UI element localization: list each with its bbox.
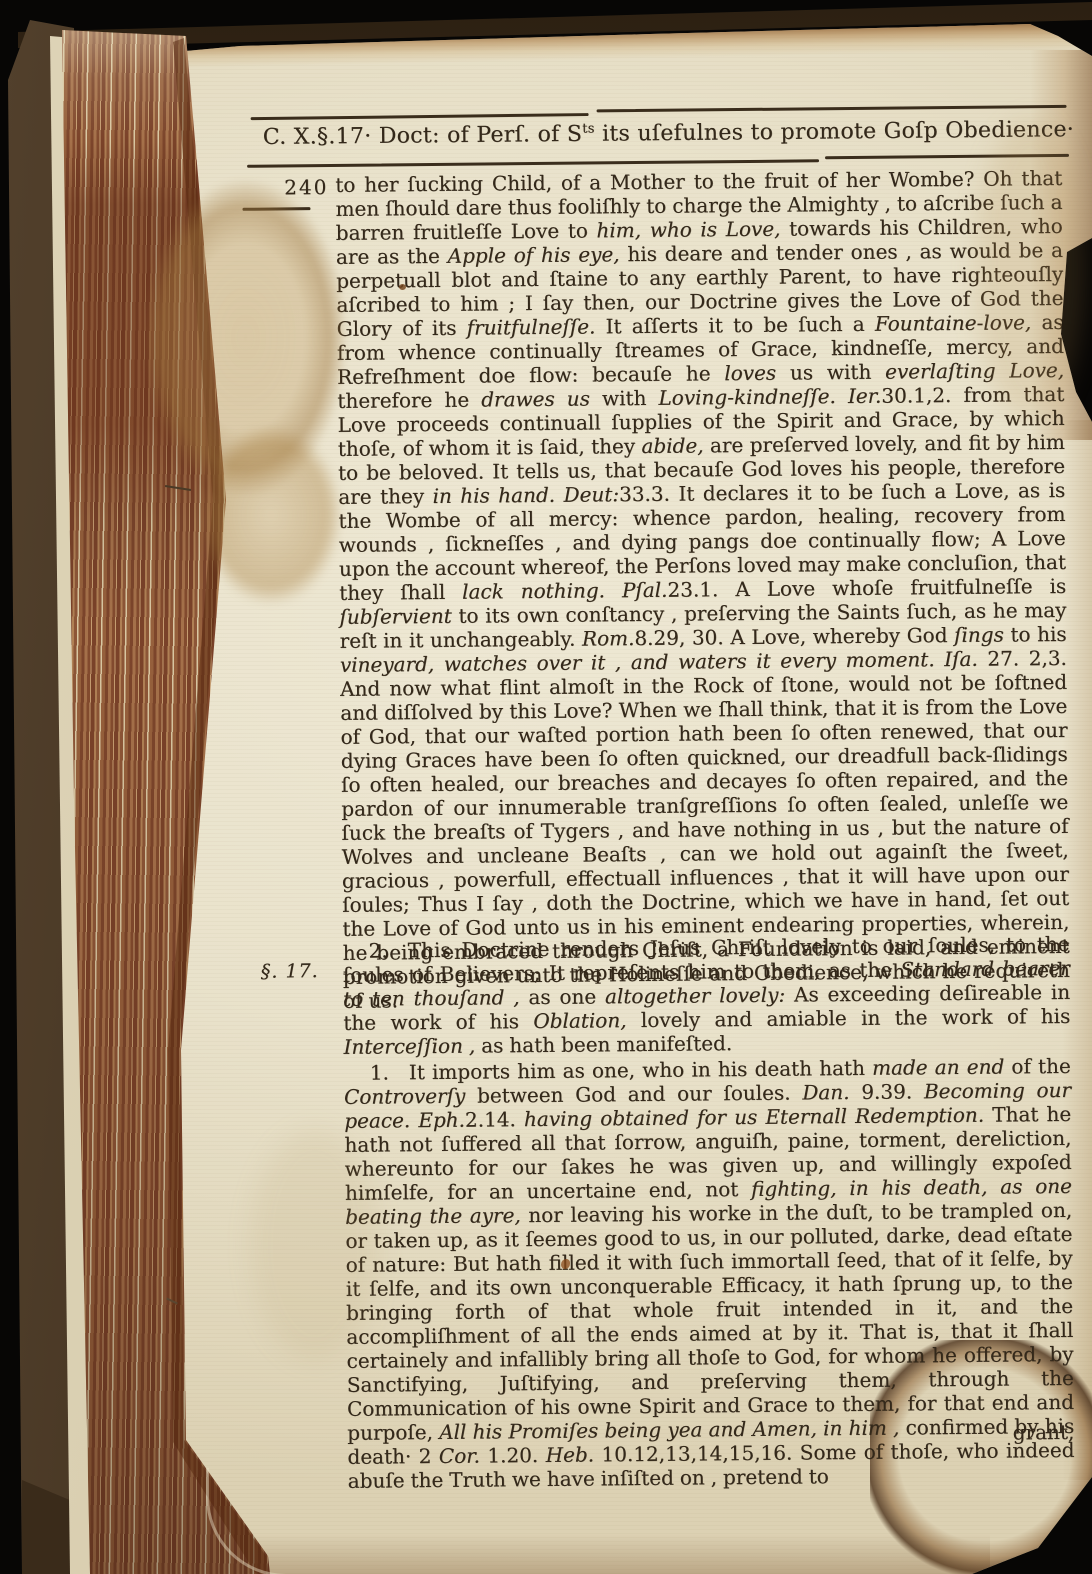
- paragraph: to her ſucking Child, of a Mother to the…: [335, 166, 1070, 1013]
- ink-speck: [399, 284, 406, 290]
- margin-section-note: §. 17.: [261, 960, 319, 983]
- water-stain-bottom-left: [250, 1130, 380, 1360]
- water-stain-lobe: [196, 420, 346, 610]
- running-header: C. X.§.17· Doct: of Perſ. of Sts its uſe…: [263, 117, 1075, 150]
- body-text-column: to her ſucking Child, of a Mother to the…: [335, 166, 1062, 173]
- photographed-book-page: C. X.§.17· Doct: of Perſ. of Sts its uſe…: [0, 0, 1092, 1574]
- header-rule-bottom-left: [247, 159, 819, 168]
- header-rule-top-right: [597, 105, 1067, 112]
- water-stain-right: [975, 120, 1085, 420]
- header-rule-top-left: [251, 113, 589, 120]
- paragraph: 2. This Doctrine renders Jeſus Chriſt lo…: [343, 932, 1071, 1059]
